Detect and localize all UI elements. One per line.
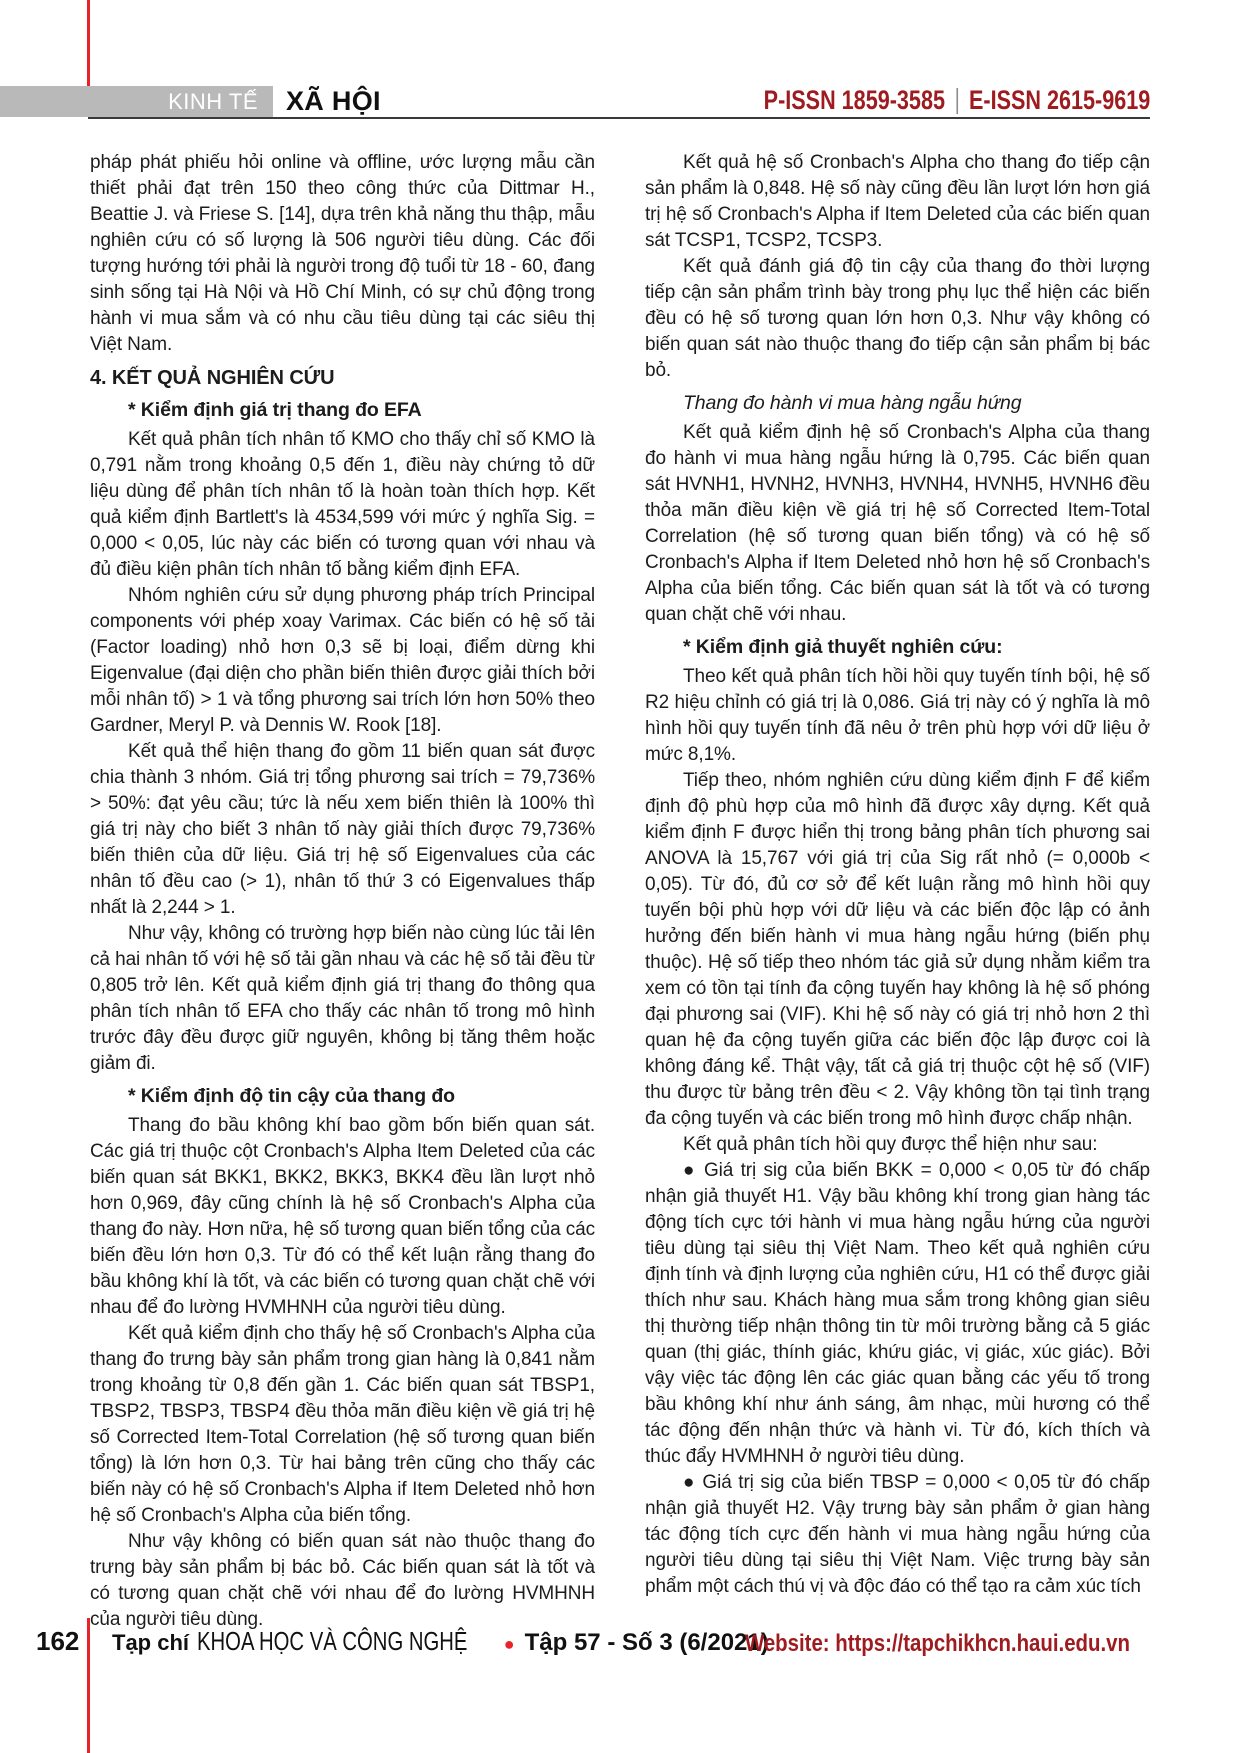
paragraph: pháp phát phiếu hỏi online và offline, ư… xyxy=(90,150,595,358)
header-divider xyxy=(88,117,1150,119)
footer-journal-info: Tạp chí KHOA HỌC VÀ CÔNG NGHỆ ● Tập 57 -… xyxy=(112,1626,769,1657)
left-red-rule-top xyxy=(87,0,90,86)
bullet-paragraph: ● Giá trị sig của biến TBSP = 0,000 < 0,… xyxy=(645,1470,1150,1600)
italic-subheading: Thang đo hành vi mua hàng ngẫu hứng xyxy=(645,390,1150,416)
p-issn-label: P-ISSN 1859-3585 xyxy=(763,85,944,116)
paragraph: Kết quả kiểm định cho thấy hệ số Cronbac… xyxy=(90,1321,595,1529)
left-column: pháp phát phiếu hỏi online và offline, ư… xyxy=(90,150,595,1633)
category-secondary-label: XÃ HỘI xyxy=(286,85,381,117)
category-box: KINH TẾ xyxy=(0,86,273,117)
journal-name: KHOA HỌC VÀ CÔNG NGHỆ xyxy=(197,1626,467,1657)
paragraph: Như vậy, không có trường hợp biến nào cù… xyxy=(90,921,595,1077)
website-url: Website: https://tapchikhcn.haui.edu.vn xyxy=(745,1630,1130,1658)
paragraph: Theo kết quả phân tích hồi hồi quy tuyến… xyxy=(645,664,1150,768)
subsection-heading: * Kiểm định độ tin cậy của thang đo xyxy=(90,1083,595,1109)
journal-prefix: Tạp chí xyxy=(112,1630,189,1656)
paragraph: Kết quả phân tích nhân tố KMO cho thấy c… xyxy=(90,427,595,583)
paragraph: Kết quả đánh giá độ tin cậy của thang đo… xyxy=(645,254,1150,384)
page-number: 162 xyxy=(36,1626,79,1657)
paragraph: Kết quả hệ số Cronbach's Alpha cho thang… xyxy=(645,150,1150,254)
paragraph: Thang đo bầu không khí bao gồm bốn biến … xyxy=(90,1113,595,1321)
paragraph: Tiếp theo, nhóm nghiên cứu dùng kiểm địn… xyxy=(645,768,1150,1132)
paragraph: Như vậy không có biến quan sát nào thuộc… xyxy=(90,1529,595,1633)
bullet-paragraph: ● Giá trị sig của biến BKK = 0,000 < 0,0… xyxy=(645,1158,1150,1470)
section-heading: 4. KẾT QUẢ NGHIÊN CỨU xyxy=(90,365,595,391)
paragraph: Kết quả thể hiện thang đo gồm 11 biến qu… xyxy=(90,739,595,921)
category-primary-label: KINH TẾ xyxy=(168,89,258,115)
issn-block: P-ISSN 1859-3585 E-ISSN 2615-9619 xyxy=(763,84,1150,117)
paragraph: Kết quả kiểm định hệ số Cronbach's Alpha… xyxy=(645,420,1150,628)
right-column: Kết quả hệ số Cronbach's Alpha cho thang… xyxy=(645,150,1150,1600)
issn-separator xyxy=(956,88,958,114)
subsection-heading: * Kiểm định giả thuyết nghiên cứu: xyxy=(645,634,1150,660)
issue-label: Tập 57 - Số 3 (6/2021) xyxy=(525,1629,769,1657)
paragraph: Kết quả phân tích hồi quy được thể hiện … xyxy=(645,1132,1150,1158)
subsection-heading: * Kiểm định giá trị thang đo EFA xyxy=(90,397,595,423)
bullet-icon: ● xyxy=(504,1634,515,1655)
paragraph: Nhóm nghiên cứu sử dụng phương pháp tríc… xyxy=(90,583,595,739)
e-issn-label: E-ISSN 2615-9619 xyxy=(969,85,1150,116)
left-red-rule-bottom xyxy=(87,1618,90,1753)
